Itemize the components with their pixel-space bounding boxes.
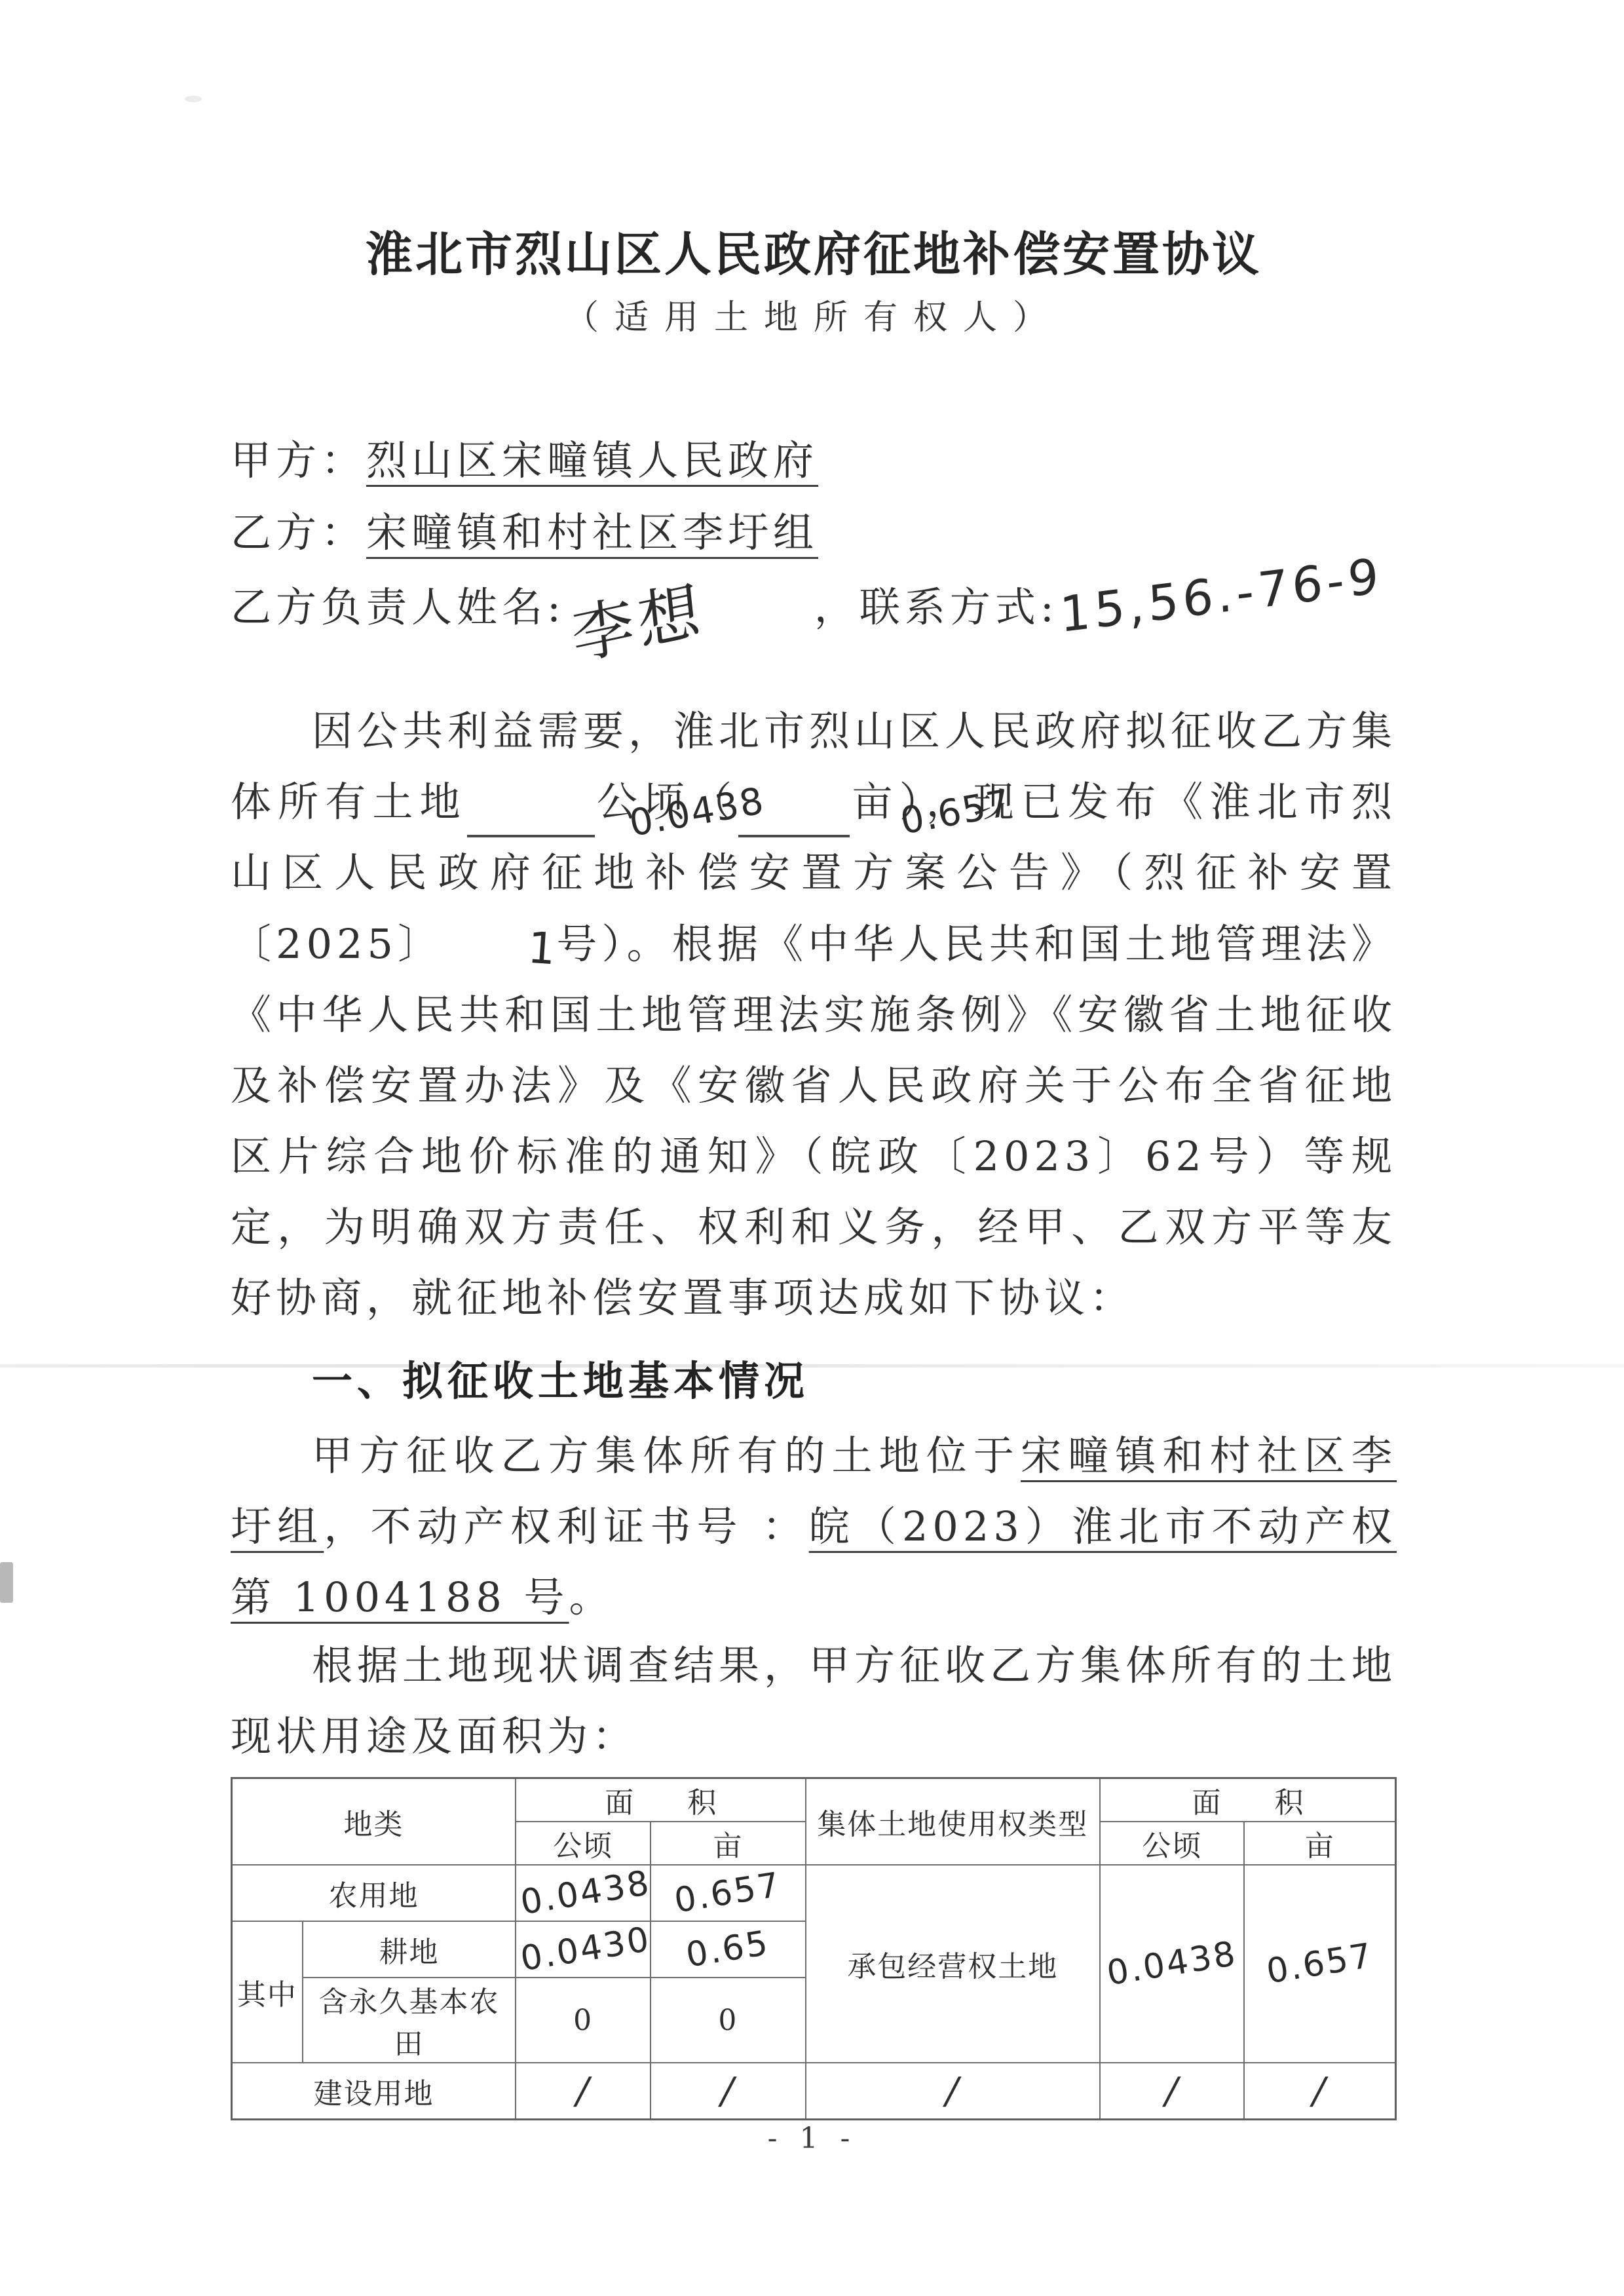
cell-construction-mu-right: / <box>1244 2063 1395 2120</box>
cell-construction-label: 建设用地 <box>232 2063 516 2120</box>
scanned-document-page: 淮北市烈山区人民政府征地补偿安置协议 （适用土地所有权人） 甲方：烈山区宋疃镇人… <box>0 0 1624 2296</box>
representative-line: 乙方负责人姓名:李想，联系方式:15,56.-76-9 <box>231 569 1397 643</box>
sec1-text-2: ，不动产权利证书号 ： <box>324 1502 808 1550</box>
sec1-text-3: 。 <box>569 1573 614 1621</box>
header-area-left: 面 积 <box>516 1778 805 1822</box>
cell-permanent-farmland-ha: 0 <box>516 1978 651 2063</box>
header-area-right: 面 积 <box>1100 1778 1395 1822</box>
scan-artifact <box>0 1562 13 1603</box>
table-row-construction: 建设用地 / / / / / <box>232 2063 1396 2120</box>
cell-construction-ha: / <box>516 2063 651 2120</box>
document-subtitle: （适用土地所有权人） <box>231 290 1397 339</box>
handwriting: 0.0438 <box>1105 1934 1240 1994</box>
cell-right-type-value: 承包经营权土地 <box>806 1865 1101 2063</box>
cell-cultivated-ha: 0.0430 <box>516 1921 651 1978</box>
intro-paragraph: 因公共利益需要，淮北市烈山区人民政府拟征收乙方集体所有土地0.0438公顷（0.… <box>231 696 1397 1333</box>
land-area-table: 地类 面 积 集体土地使用权类型 面 积 公顷 亩 公顷 亩 农用地 0.043… <box>231 1777 1397 2120</box>
doc-number-handwriting: 1 <box>445 907 563 985</box>
slash-mark: / <box>941 2070 964 2113</box>
page-number: - 1 - <box>0 2122 1624 2155</box>
header-collective-right-type: 集体土地使用权类型 <box>806 1778 1101 1865</box>
header-hectares-right: 公顷 <box>1100 1822 1244 1865</box>
cell-cultivated-label: 耕地 <box>303 1921 516 1978</box>
cell-agricultural-label: 农用地 <box>232 1865 516 1921</box>
land-area-table-wrap: 地类 面 积 集体土地使用权类型 面 积 公顷 亩 公顷 亩 农用地 0.043… <box>231 1777 1397 2120</box>
rep-name-label: 乙方负责人姓名: <box>231 583 565 631</box>
cell-among-which: 其中 <box>232 1921 303 2063</box>
party-b-value: 宋疃镇和村社区李圩组 <box>366 508 818 556</box>
area-hectares-blank: 0.0438 <box>467 786 595 837</box>
cell-construction-ha-right: / <box>1100 2063 1244 2120</box>
cell-agricultural-mu: 0.657 <box>651 1865 805 1921</box>
cell-permanent-farmland-mu: 0 <box>651 1978 805 2063</box>
cell-agricultural-ha: 0.0438 <box>516 1865 651 1921</box>
slash-mark: / <box>717 2070 740 2113</box>
scan-artifact <box>185 96 202 102</box>
handwriting: 0.657 <box>672 1865 784 1921</box>
cell-right-ha: 0.0438 <box>1100 1865 1244 2063</box>
slash-mark: / <box>572 2070 595 2113</box>
handwriting: 0.65 <box>684 1923 773 1975</box>
handwriting: 0.0438 <box>518 1864 654 1923</box>
slash-mark: / <box>1161 2070 1184 2113</box>
document-title: 淮北市烈山区人民政府征地补偿安置协议 <box>231 216 1397 284</box>
handwriting: 0.657 <box>1264 1936 1376 1992</box>
slash-mark: / <box>1308 2070 1331 2113</box>
cell-construction-mu: / <box>651 2063 805 2120</box>
party-a-label: 甲方： <box>231 436 366 484</box>
party-a-value: 烈山区宋疃镇人民政府 <box>366 436 818 484</box>
sec1-text-1: 甲方征收乙方集体所有的土地位于 <box>312 1432 1021 1480</box>
rep-name-handwriting: 李想 <box>570 586 721 657</box>
table-row-agricultural: 农用地 0.0438 0.657 承包经营权土地 0.0438 0.657 <box>232 1865 1396 1921</box>
cell-construction-type: / <box>806 2063 1101 2120</box>
handwriting: 0.0430 <box>518 1920 654 1980</box>
section-1-paragraph-2: 根据土地现状调查结果，甲方征收乙方集体所有的土地现状用途及面积为： <box>231 1630 1397 1772</box>
party-a-line: 甲方：烈山区宋疃镇人民政府 <box>231 425 1397 497</box>
parties-block: 甲方：烈山区宋疃镇人民政府 乙方：宋疃镇和村社区李圩组 乙方负责人姓名:李想，联… <box>231 425 1397 643</box>
header-hectares-left: 公顷 <box>516 1822 651 1865</box>
party-b-label: 乙方： <box>231 508 366 556</box>
header-mu-left: 亩 <box>651 1822 805 1865</box>
section-1-paragraph-1: 甲方征收乙方集体所有的土地位于宋疃镇和村社区李圩组，不动产权利证书号 ：皖（20… <box>231 1421 1397 1633</box>
cell-cultivated-mu: 0.65 <box>651 1921 805 1978</box>
section-1-heading: 一、拟征收土地基本情况 <box>231 1349 1397 1407</box>
intro-text-4: 号）。根据《中华人民共和国土地管理法》《中华人民共和国土地管理法实施条例》《安徽… <box>231 920 1397 1322</box>
party-b-line: 乙方：宋疃镇和村社区李圩组 <box>231 497 1397 569</box>
header-land-type: 地类 <box>232 1778 516 1865</box>
cell-right-mu: 0.657 <box>1244 1865 1395 2063</box>
contact-label: ，联系方式: <box>814 583 1059 631</box>
header-mu-right: 亩 <box>1244 1822 1395 1865</box>
cell-permanent-farmland-label: 含永久基本农田 <box>303 1978 516 2063</box>
